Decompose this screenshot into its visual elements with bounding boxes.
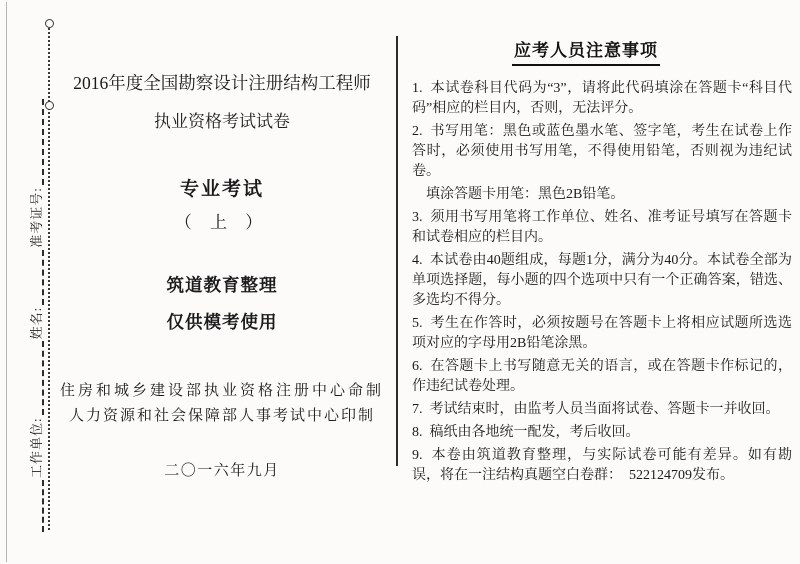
notice-item-3: 3. 须用书写用笔将工作单位、姓名、准考证号填写在答题卡和试卷相应的栏目内。 [412,208,792,248]
scan-edge-line [6,2,7,562]
notice-item-1: 1. 本试卷科目代码为“3”，请将此代码填涂在答题卡“科目代码”相应的栏目内，否… [412,79,792,119]
issuer-line: 住房和城乡建设部执业资格注册中心命制 [38,379,406,400]
notice-item-8: 8. 稿纸由各地统一配发，考后收回。 [412,423,792,443]
column-divider [396,36,398,466]
notice-column: 应考人员注意事项 1. 本试卷科目代码为“3”，请将此代码填涂在答题卡“科目代码… [412,36,792,489]
notice-item-2-subnote: 填涂答题卡用笔：黑色2B铅笔。 [412,185,792,205]
page-title-line1: 2016年度全国勘察设计注册结构工程师 [38,70,406,95]
printer-line: 人力资源和社会保障部人事考试中心印制 [38,404,406,425]
notice-title: 应考人员注意事项 [512,36,660,66]
notice-item-9: 9. 本卷由筑道教育整理，与实际试卷可能有差异。如有勘误，将在一注结构真题空白卷… [412,446,792,486]
notice-items: 1. 本试卷科目代码为“3”，请将此代码填涂在答题卡“科目代码”相应的栏目内，否… [412,79,792,486]
notice-item-7: 7. 考试结束时，由监考人员当面将试卷、答题卡一并收回。 [412,400,792,420]
date-line: 二〇一六年九月 [38,459,406,480]
exam-part: （ 上 ） [38,208,406,233]
brand-line2: 仅供模考使用 [38,309,406,334]
notice-item-4: 4. 本试卷由40题组成，每题1分，满分为40分。本试卷全部为单项选择题，每小题… [412,251,792,311]
notice-item-5: 5. 考生在作答时，必须按题号在答题卡上将相应试题所选选项对应的字母用2B铅笔涂… [412,314,792,354]
cover-column: 2016年度全国勘察设计注册结构工程师 执业资格考试试卷 专业考试 （ 上 ） … [38,0,406,564]
notice-item-2: 2. 书写用笔：黑色或蓝色墨水笔、签字笔，考生在试卷上作答时，必须使用书写用笔，… [412,122,792,182]
page-title-line2: 执业资格考试试卷 [38,107,406,132]
notice-title-wrap: 应考人员注意事项 [412,36,760,66]
brand-line1: 筑道教育整理 [38,272,406,297]
notice-item-6: 6. 在答题卡上书写随意无关的语言，或在答题卡作标记的，作违纪试卷处理。 [412,357,792,397]
exam-name: 专业考试 [38,174,406,201]
scanned-exam-cover-page: 工作单位: 姓名: 准考证号: 2016年度全国勘察设计注册结构工程师 执业资格… [0,0,800,564]
